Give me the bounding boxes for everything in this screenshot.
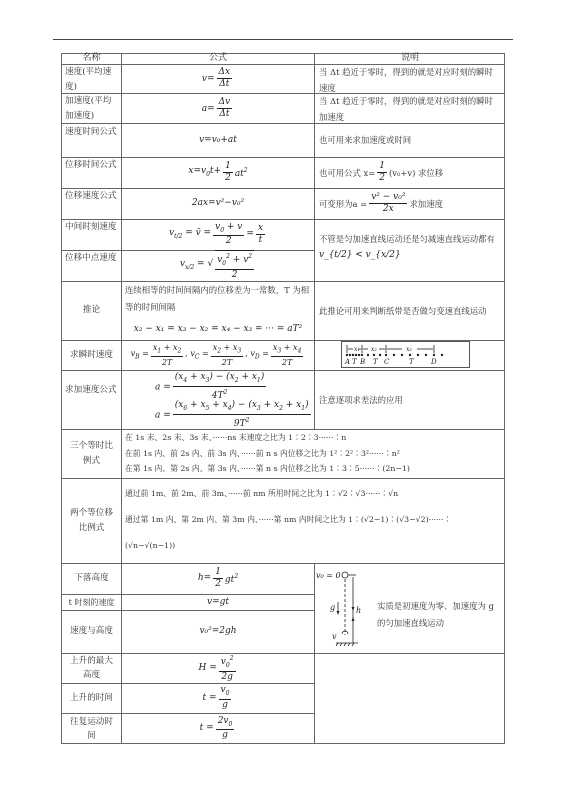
formula-velocity-time: v=v₀+at	[122, 123, 314, 157]
note-velocity-time: 也可用来求加速度或时间	[319, 123, 504, 157]
formula-displacement-time: x=v0t+12at2	[122, 157, 314, 188]
formula-mid-time-velocity: vt/2 = v̄ =v0 + v2=xt	[122, 219, 314, 250]
svg-text:B: B	[359, 358, 365, 366]
row-name-displacement-time: 位移时间公式	[62, 157, 121, 188]
note-mid-velocity: 不管是匀加速直线运动还是匀减速直线运动都有 v_{t/2} < v_{x/2}	[319, 219, 504, 281]
formula-acceleration-6: a =(x6 + x5 + x4) − (x3 + x2 + x1)9T2	[155, 400, 313, 428]
ratio-line: (√n−√(n−1))	[125, 533, 503, 559]
row-name-velocity: 速度(平均速度)	[62, 64, 121, 93]
formula-max-height: H =v022g	[122, 653, 314, 683]
svg-text:v₀ = 0: v₀ = 0	[316, 571, 341, 580]
note-displacement-velocity: 可变形为a =v² − v₀²2x求加速度	[319, 188, 504, 219]
free-fall-diagram: v₀ = 0 g h v	[316, 569, 376, 649]
svg-text:x₃: x₃	[406, 346, 412, 353]
svg-text:T: T	[352, 358, 358, 366]
formula-velocity: v=ΔxΔt	[122, 64, 314, 93]
svg-text:h: h	[356, 606, 361, 615]
row-name-velocity-time: 速度时间公式	[62, 123, 121, 157]
row-name-inference: 推论	[62, 281, 121, 340]
svg-text:A: A	[344, 358, 350, 366]
header-name: 名称	[62, 53, 121, 64]
note-inference: 此推论可用来判断纸带是否做匀变速直线运动	[319, 281, 504, 340]
svg-text:T: T	[373, 358, 379, 366]
formula-round-trip-time: t =2v0g	[122, 713, 314, 744]
row-name-acceleration-formula: 求加速度公式	[62, 370, 121, 429]
note-acceleration: 当 Δt 趋近于零时，得到的就是对应时刻的瞬时加速度	[315, 93, 503, 123]
note-acceleration-formula: 注意逐项求差法的应用	[319, 370, 504, 429]
row-name-equal-time-ratios: 三个等时比例式	[62, 429, 121, 478]
svg-text:v: v	[332, 632, 337, 641]
formula-acceleration-4: a =(x4 + x3) − (x2 + x1)4T2	[155, 372, 305, 400]
row-name-instant-velocity: 求瞬时速度	[62, 340, 121, 370]
row-name-rise-time: 上升的时间	[62, 683, 121, 713]
formula-instant-velocity: vB =x1 + x22T, vC =x2 + x32T, vD =x3 + x…	[122, 340, 314, 370]
note-mid-velocity-relation: v_{t/2} < v_{x/2}	[319, 247, 504, 263]
row-name-velocity-at-t: t 时刻的速度	[62, 594, 121, 610]
col-divider	[314, 563, 315, 744]
row-name-max-height: 上升的最大高度	[62, 653, 121, 683]
svg-text:D: D	[430, 358, 437, 366]
header-rule	[53, 39, 513, 40]
formula-acceleration: a=ΔvΔt	[122, 93, 314, 123]
ratio-line: 在第 1s 内、第 2s 内、第 3s 内、······第 n s 内位移之比为…	[125, 461, 503, 477]
note-displacement-time: 也可用公式 x=12(v₀+v) 求位移	[319, 157, 504, 188]
row-name-displacement-velocity: 位移速度公式	[62, 188, 121, 219]
note-free-fall: 实质是初速度为零、加速度为 g 的匀加速直线运动	[377, 598, 502, 632]
formula-displacement-velocity: 2ax=v²−v₀²	[122, 188, 314, 219]
row-name-velocity-height: 速度与高度	[62, 610, 121, 653]
ratio-line: 通过第 1m 内、第 2m 内、第 3m 内、······第 nm 内时间之比为…	[125, 507, 503, 533]
header-formula: 公式	[122, 53, 314, 64]
equal-displacement-ratios: 通过前 1m、前 2m、前 3m、······前 nm 所用时间之比为 1∶√2…	[125, 481, 503, 561]
formula-fall-height: h=12gt2	[122, 563, 314, 594]
formula-mid-displacement-velocity: vx/2 = √v02 + v22	[122, 250, 314, 281]
svg-text:g: g	[330, 603, 335, 612]
ratio-line: 在前 1s 内、前 2s 内、前 3s 内、······前 n s 内位移之比为…	[125, 446, 503, 462]
header-note: 说明	[315, 53, 505, 64]
svg-text:C: C	[384, 358, 390, 366]
row-name-mid-time-velocity: 中间时刻速度	[62, 219, 121, 250]
svg-text:x₂: x₂	[371, 346, 377, 353]
inference-description: 连续相等的时间间隔内的位移差为一常数，T 为相等的时间间隔	[125, 282, 311, 322]
formula-inference: x₂ − x₁ = x₃ − x₂ = x₄ − x₃ = ··· = aT²	[122, 320, 314, 338]
row-name-fall-height: 下落高度	[62, 563, 121, 594]
ratio-line: 在 1s 末、2s 末、3s 末、······ns 末速度之比为 1∶2∶3··…	[125, 430, 503, 446]
ticker-tape-diagram: x₁x₂x₃ ATB TCTD	[341, 341, 470, 368]
note-mid-velocity-text: 不管是匀加速直线运动还是匀减速直线运动都有	[319, 231, 504, 247]
row-name-equal-displacement-ratios: 两个等位移比例式	[62, 478, 121, 563]
row-name-mid-displacement-velocity: 位移中点速度	[62, 250, 121, 281]
row-name-round-trip-time: 往复运动时间	[62, 713, 121, 744]
svg-text:T: T	[409, 358, 415, 366]
equal-time-ratios: 在 1s 末、2s 末、3s 末、······ns 末速度之比为 1∶2∶3··…	[125, 430, 503, 478]
formula-rise-time: t =v0g	[122, 683, 314, 713]
row-name-acceleration: 加速度(平均加速度)	[62, 93, 121, 123]
svg-text:x₁: x₁	[354, 346, 360, 353]
note-velocity: 当 Δt 趋近于零时，得到的就是对应时刻的瞬时速度	[315, 64, 503, 93]
formula-velocity-at-t: v=gt	[122, 594, 314, 610]
formula-velocity-height: v₀²=2gh	[122, 610, 314, 653]
ratio-line: 通过前 1m、前 2m、前 3m、······前 nm 所用时间之比为 1∶√2…	[125, 481, 503, 507]
row-divider	[61, 478, 505, 479]
